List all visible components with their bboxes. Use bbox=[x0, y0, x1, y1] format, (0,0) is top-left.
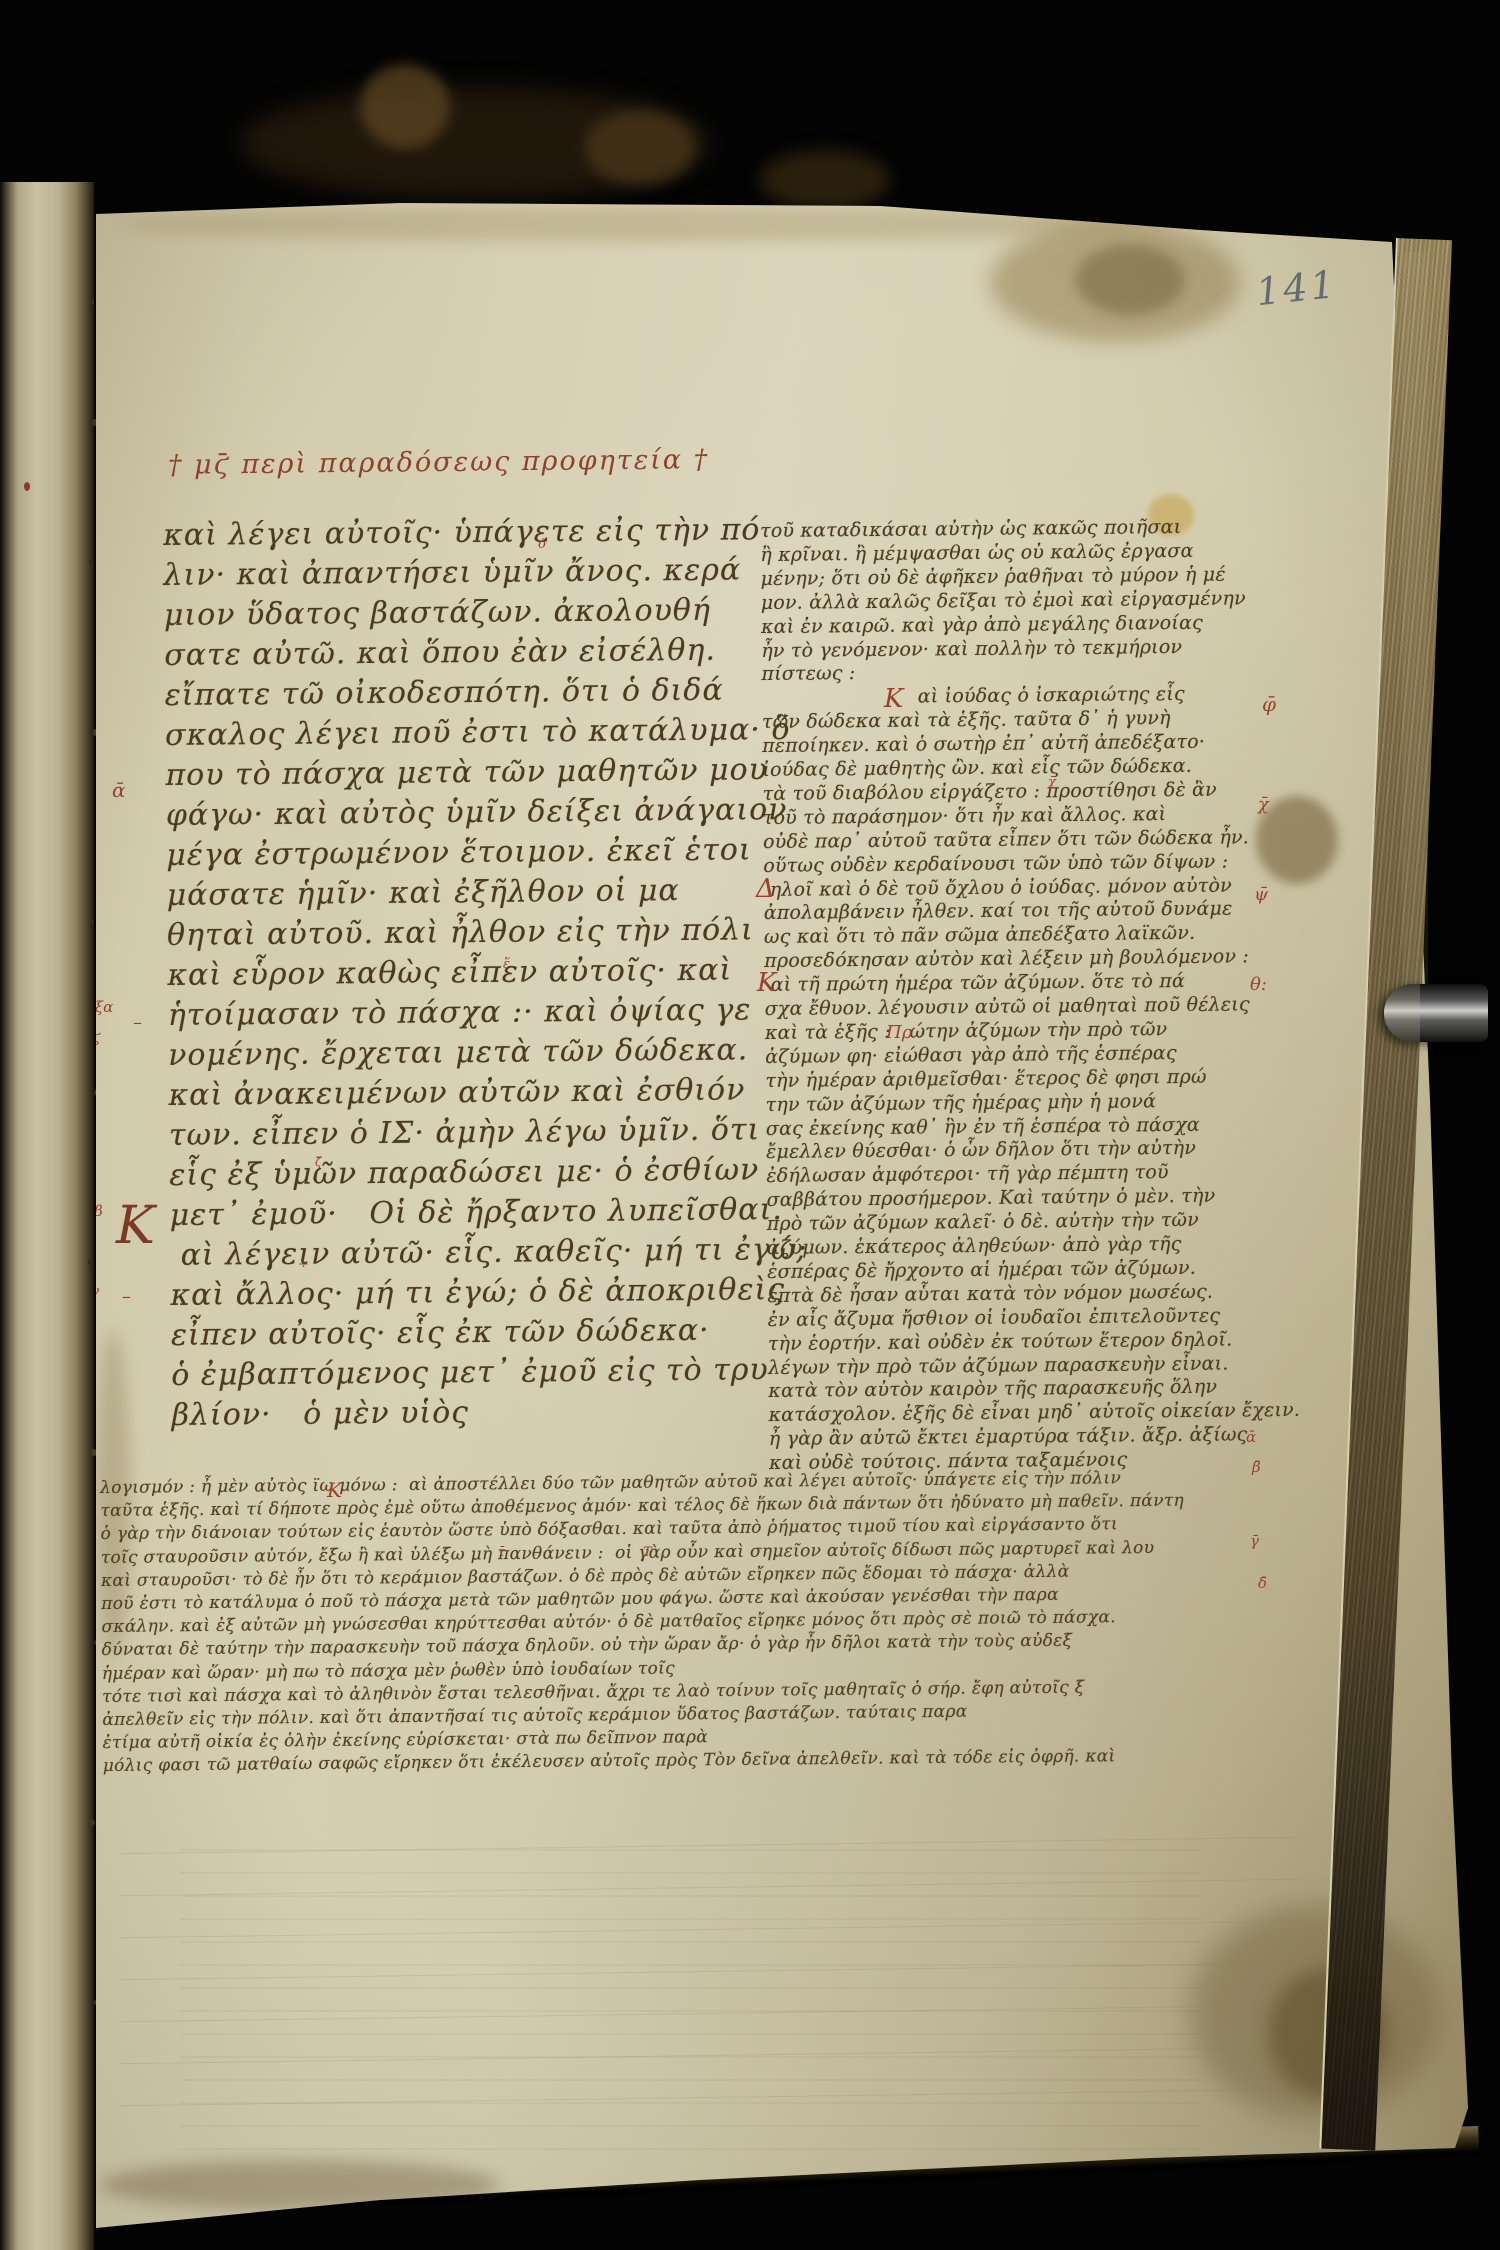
bottom-right-stain bbox=[1190, 1905, 1440, 2120]
commentary-text-line: καὶ οὐδὲ τούτοις. πάντα ταξαμένοις bbox=[769, 1449, 1128, 1474]
margin-alpha-numeral: ᾱ bbox=[112, 780, 126, 800]
previous-page-edge bbox=[0, 182, 94, 2250]
paragraphos-mark-1: – bbox=[133, 1014, 142, 1032]
ruling-line bbox=[120, 2089, 1300, 2106]
commentary-text-line: μένην; ὅτι οὐ δὲ ἀφῆκεν ῥαθῆναι τὸ μύρον… bbox=[760, 563, 1225, 589]
fore-margin-phi: φ̄ bbox=[1262, 694, 1276, 714]
gospel-text-line: θηταὶ αὐτοῦ. καὶ ἦλθον εἰς τὴν πόλι bbox=[167, 912, 754, 958]
top-right-stain-core bbox=[1075, 245, 1185, 315]
commentary-initial-kai-1: Κ bbox=[884, 686, 903, 712]
gospel-text-line: σατε αὐτῶ. καὶ ὅπου ἐὰν εἰσέλθη. bbox=[164, 633, 716, 678]
gospel-text-line: εἶπεν αὐτοῖς· εἷς ἐκ τῶν δώδεκα· bbox=[171, 1313, 710, 1358]
bleed-through-texture bbox=[180, 1830, 1200, 2150]
gospel-text-line: που τὸ πάσχα μετὰ τῶν μαθητῶν μου bbox=[165, 752, 768, 798]
gospel-text-line: καὶ ἀνακειμένων αὐτῶν καὶ ἐσθιόν bbox=[168, 1072, 745, 1118]
rust-smudge bbox=[1256, 796, 1338, 884]
footer-tau-mark-2: Τ bbox=[643, 1546, 652, 1559]
commentary-text-line: πεποίηκεν. καὶ ὁ σωτὴρ ἐπ᾽ αὐτῆ ἀπεδέξατ… bbox=[762, 731, 1205, 757]
gospel-text-line: μετ᾽ ἐμοῦ· Οἱ δὲ ἤρξαντο λυπεῖσθαι. bbox=[170, 1192, 783, 1238]
ruling-line bbox=[120, 1837, 1300, 1854]
commentary-text-line: ἑπτὰ δὲ ἦσαν αὗται κατὰ τὸν νόμον μωσέως… bbox=[767, 1280, 1213, 1306]
fore-margin-psi: ψ̄ bbox=[1254, 886, 1268, 904]
fore-margin-alpha: ᾱ bbox=[1246, 1430, 1256, 1445]
commentary-text-line: ἦ γὰρ ἂν αὐτῶ ἔκτει ἐμαρτύρα τάξιν. ἄξρ.… bbox=[769, 1424, 1248, 1451]
commentary-text-line: ηλοῖ καὶ ὁ δὲ τοῦ ὄχλου ὁ ἰούδας. μόνον … bbox=[763, 874, 1231, 900]
commentary-text-line: σχα ἔθυον. λέγουσιν αὐτῶ οἱ μαθηταὶ ποῦ … bbox=[765, 993, 1250, 1020]
commentary-text-line: την τῶν ἀζύμων τῆς ἡμέρας μὴν ἡ μονά bbox=[766, 1090, 1157, 1116]
commentary-text-line: σαββάτου προσήμερον. Καὶ ταύτην ὁ μὲν. τ… bbox=[766, 1185, 1215, 1211]
top-right-stain bbox=[990, 222, 1240, 342]
ruling-line bbox=[120, 2047, 1300, 2064]
footer-text-line: δύναται δὲ ταύτην τὴν παρασκευὴν τοῦ πάσ… bbox=[102, 1631, 1073, 1660]
commentary-text-line: ἦν τὸ γενόμενον· καὶ πολλὴν τὸ τεκμήριον bbox=[761, 635, 1182, 661]
commentary-text-line: ἑσπέρας δὲ ἤρχοντο αἱ ἡμέραι τῶν ἀζύμων. bbox=[767, 1257, 1196, 1283]
commentary-text-line: καὶ ἐν καιρῶ. καὶ γὰρ ἀπὸ μεγάλης διανοί… bbox=[761, 611, 1203, 637]
commentary-text-line: αὶ ἰούδας ὁ ἰσκαριώτης εἷς bbox=[762, 683, 1185, 709]
commentary-text-line: οὐδὲ παρ᾽ αὐτοῦ ταῦτα εἶπεν ὅτι τῶν δώδε… bbox=[763, 826, 1249, 853]
commentary-text-line: ἀζύμων. ἑκάτερος ἀληθεύων· ἀπὸ γὰρ τῆς bbox=[767, 1233, 1182, 1259]
commentary-text-line: αὶ τῆ πρώτη ἡμέρα τῶν ἀζύμων. ὅτε τὸ πά bbox=[764, 970, 1185, 996]
head-edge-stain-2 bbox=[585, 110, 695, 185]
commentary-text-line: τοῦ καταδικάσαι αὐτὴν ὡς κακῶς ποιῆσαι bbox=[760, 516, 1181, 542]
commentary-initial-delta: Δ bbox=[756, 876, 775, 902]
fore-margin-beta: β̄ bbox=[1252, 1460, 1261, 1475]
commentary-text-line: ἔμελλεν θύεσθαι· ὁ ὧν δῆλον ὅτι τὴν αὐτὴ… bbox=[766, 1137, 1196, 1163]
commentary-text-line: ως καὶ ὅτι τὸ πᾶν σῶμα ἀπεδέξατο λαϊκῶν. bbox=[764, 922, 1195, 948]
gospel-text-line: αὶ λέγειν αὐτῶ· εἷς. καθεῖς· μή τι ἐγώ; bbox=[170, 1232, 808, 1278]
manuscript-page: 141 † μϛ̄ περὶ παραδόσεως προφητεία † κα… bbox=[0, 0, 1500, 2250]
gospel-text-line: ὁ ἐμβαπτόμενος μετ᾽ ἐμοῦ εἰς τὸ τρυ bbox=[171, 1352, 769, 1398]
commentary-text-line: μον. ἀλλὰ καλῶς δεῖξαι τὸ ἐμοὶ καὶ εἰργα… bbox=[761, 587, 1246, 614]
chi-reference-mark: χ̄ bbox=[1048, 776, 1056, 789]
commentary-text-line: ἰούδας δὲ μαθητὴς ὢν. καὶ εἷς τῶν δώδεκα… bbox=[762, 755, 1192, 781]
footer-text-line: λογισμόν : ἦ μὲν αὐτὸς ϊω μόνω : αὶ ἀποσ… bbox=[100, 1468, 1121, 1498]
head-edge-stain-3 bbox=[760, 150, 890, 210]
footer-text-line: ποῦ ἐστι τὸ κατάλυμα ὁ ποῦ τὸ πάσχα μετὰ… bbox=[101, 1585, 1059, 1614]
red-speck bbox=[24, 482, 30, 491]
gospel-text-line: μιον ὕδατος βαστάζων. ἀκολουθή bbox=[164, 593, 711, 638]
gutter-stain bbox=[96, 1330, 130, 1660]
footer-text-line: ταῦτα ἑξῆς. καὶ τί δήποτε πρὸς ἐμὲ οὕτω … bbox=[100, 1491, 1184, 1521]
commentary-text-line: ἀζύμων φη· εἰώθασι γὰρ ἀπὸ τῆς ἑσπέρας bbox=[765, 1042, 1177, 1068]
gospel-text-line: εἷς ἐξ ὑμῶν παραδώσει με· ὁ ἐσθίων bbox=[169, 1152, 759, 1198]
ruling-line bbox=[120, 1963, 1300, 1980]
commentary-text-line: ἀπολαμβάνειν ἦλθεν. καί τοι τῆς αὐτοῦ δυ… bbox=[764, 898, 1233, 924]
fore-margin-theta: θ: bbox=[1250, 976, 1267, 994]
gospel-text-line: ἡτοίμασαν τὸ πάσχα :· καὶ ὀψίας γε bbox=[168, 992, 752, 1038]
correction-mark-4: ÷ bbox=[298, 1258, 309, 1271]
fore-margin-gamma: γ̄ bbox=[1250, 1534, 1259, 1549]
manuscript-photo: 141 † μϛ̄ περὶ παραδόσεως προφητεία † κα… bbox=[0, 0, 1500, 2250]
footer-tau-mark-1: τ̄ bbox=[498, 1546, 505, 1559]
gutter-wormholes bbox=[90, 300, 94, 305]
commentary-text-line: τοῦ τὸ παράσημον· ὅτι ἦν καὶ ἄλλος. καὶ bbox=[763, 803, 1167, 829]
commentary-text-line: καὶ τὰ ἑξῆς : ώτην ἀζύμων τὴν πρὸ τῶν bbox=[765, 1018, 1168, 1044]
paragraphos-mark-2: – bbox=[122, 1288, 131, 1306]
gospel-text-line: των. εἶπεν ὁ ΙΣ· ἀμὴν λέγω ὑμῖν. ὅτι bbox=[169, 1112, 761, 1158]
gospel-text-line: καὶ εὗρον καθὼς εἶπεν αὐτοῖς· καὶ bbox=[167, 953, 732, 998]
commentary-text-line: κατὰ τὸν αὐτὸν καιρὸν τῆς παρασκευῆς ὅλη… bbox=[768, 1376, 1217, 1402]
top-edge-stain bbox=[120, 206, 1170, 242]
commentary-text-line: ἐν αἷς ἄζυμα ἤσθιον οἱ ἰουδαῖοι ἐπιτελοῦ… bbox=[768, 1304, 1221, 1330]
gospel-text-line: καὶ λέγει αὐτοῖς· ὑπάγετε εἰς τὴν πό bbox=[163, 512, 761, 558]
footer-text-line: ἀπελθεῖν εἰς τὴν πόλιν. καὶ ὅτι ἀπαντῆσα… bbox=[102, 1702, 967, 1730]
gospel-text-line: νομένης. ἔρχεται μετὰ τῶν δώδεκα. bbox=[168, 1032, 748, 1078]
rubric-protin: Πρ bbox=[886, 1024, 912, 1042]
gospel-text-line: εἴπατε τῶ οἰκοδεσπότη. ὅτι ὁ διδά bbox=[165, 673, 724, 718]
correction-mark-3: ζ̄ bbox=[315, 1156, 322, 1168]
fore-margin-chi: χ̄ bbox=[1258, 796, 1269, 814]
chapter-heading: † μϛ̄ περὶ παραδόσεως προφητεία † bbox=[168, 444, 709, 481]
commentary-text-line: οὕτως οὐδὲν κερδαίνουσι τῶν ὑπὸ τῶν δίψω… bbox=[763, 850, 1228, 876]
footer-text-line: ὁ γὰρ τὴν διάνοιαν τούτων εἰς ἑαυτὸν ὥστ… bbox=[100, 1515, 1118, 1545]
commentary-text-line: κατάσχολον. ἑξῆς δὲ εἶναι μηδ᾽ αὐτοῖς οἰ… bbox=[768, 1399, 1300, 1426]
commentary-text-line: σας ἐκείνης καθ᾽ ἣν ἐν τῆ ἑσπέρα τὸ πάσχ… bbox=[766, 1113, 1200, 1139]
gospel-text-line: σκαλος λέγει ποῦ ἐστι τὸ κατάλυμα· ὅ bbox=[165, 712, 791, 758]
gospel-initial-kai: Κ bbox=[116, 1200, 155, 1252]
footer-text-line: ἡμέραν καὶ ὥραν· μὴ πω τὸ πάσχα μὲν ῥωθὲ… bbox=[102, 1658, 675, 1684]
glass-reflection-streak bbox=[1402, 252, 1428, 988]
footer-text-line: καὶ σταυροῦσι· τὸ δὲ ἦν ὅτι τὸ κεράμιον … bbox=[101, 1561, 1070, 1590]
gospel-text-line: μάσατε ἡμῖν· καὶ ἐξῆλθον οἱ μα bbox=[166, 873, 679, 918]
footer-text-line: τοῖς σταυροῦσιν αὐτόν, ἔξω ἢ καὶ ὑλέξω μ… bbox=[101, 1537, 1155, 1567]
ruling-line bbox=[120, 1879, 1300, 1896]
commentary-text-line: τὴν ἡμέραν ἀριθμεῖσθαι· ἕτερος δὲ φησι π… bbox=[765, 1065, 1206, 1091]
footer-initial-kai: Κ bbox=[327, 1480, 342, 1500]
correction-mark-1: σ̈ bbox=[538, 538, 547, 551]
commentary-text-line: ἐδήλωσαν ἀμφότεροι· τῆ γὰρ πέμπτη τοῦ bbox=[766, 1161, 1169, 1187]
commentary-text-line: τῶν δώδεκα καὶ τὰ ἑξῆς. ταῦτα δ᾽ ἡ γυνὴ bbox=[762, 707, 1171, 733]
gospel-text-line: βλίον· ὁ μὲν υἱὸς bbox=[171, 1395, 469, 1438]
commentary-text-line: πίστεως : bbox=[761, 662, 855, 685]
gospel-text-line: μέγα ἐστρωμένον ἕτοιμον. ἐκεῖ ἑτοι bbox=[166, 832, 752, 878]
gospel-text-line: φάγω· καὶ αὐτὸς ὑμῖν δείξει ἀνάγαιον bbox=[166, 792, 788, 838]
correction-mark-2: ἕ bbox=[503, 958, 510, 971]
commentary-text-line: προσεδόκησαν αὐτὸν καὶ λέξειν μὴ βουλόμε… bbox=[764, 946, 1249, 973]
commentary-text-line: ἢ κρῖναι. ἢ μέμψασθαι ὡς οὐ καλῶς ἐργασα bbox=[760, 540, 1193, 566]
gospel-text-line: λιν· καὶ ἀπαντήσει ὑμῖν ἄνος. κερά bbox=[163, 552, 741, 598]
head-edge-stain-1 bbox=[360, 64, 450, 149]
ruling-line bbox=[120, 1921, 1300, 1938]
yellow-spot bbox=[1148, 494, 1194, 536]
commentary-text-line: τὴν ἑορτήν. καὶ οὐδὲν ἐκ τούτων ἕτερον δ… bbox=[768, 1328, 1233, 1354]
commentary-initial-kai-2: Κ bbox=[757, 970, 776, 996]
commentary-text-line: πρὸ τῶν ἀζύμων καλεῖ· ὁ δὲ. αὐτὴν τὴν τῶ… bbox=[767, 1209, 1199, 1235]
footer-text-line: ἐτίμα αὐτῆ οἰκία ἐς ὁλὴν ἐκείνης εὑρίσκε… bbox=[102, 1727, 708, 1753]
fore-margin-delta: δ̄ bbox=[1258, 1576, 1267, 1591]
ruling-line bbox=[120, 2005, 1300, 2022]
footer-text-line: τότε τισὶ καὶ πάσχα καὶ τὸ ἀληθινὸν ἔστα… bbox=[102, 1677, 1085, 1706]
gospel-text-line: καὶ ἄλλος· μή τι ἐγώ; ὁ δὲ ἀποκριθεὶς bbox=[170, 1272, 785, 1318]
folio-number: 141 bbox=[1254, 262, 1340, 314]
commentary-text-line: τὰ τοῦ διαβόλου εἰργάζετο : προστίθησι δ… bbox=[763, 779, 1217, 805]
commentary-text-line: λέγων τὴν πρὸ τῶν ἀζύμων παρασκευὴν εἶνα… bbox=[768, 1352, 1229, 1378]
footer-text-line: σκάλην. καὶ ἐξ αὐτῶν μὴ γνώσεσθαι κηρύττ… bbox=[101, 1607, 1116, 1637]
footer-text-line: μόλις φασι τῶ ματθαίω σαφῶς εἴρηκεν ὅτι … bbox=[103, 1747, 1116, 1777]
